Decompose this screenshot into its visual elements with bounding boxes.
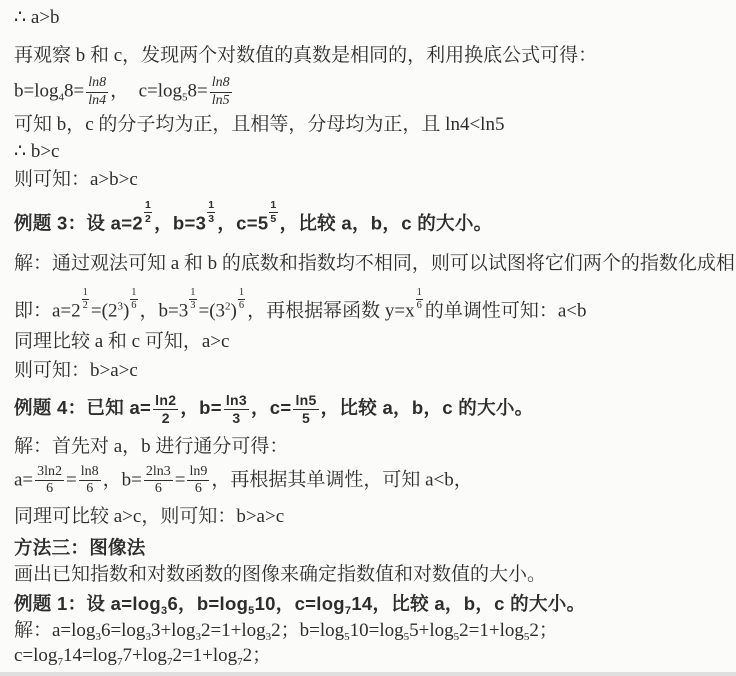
fraction-numerator: 3ln2	[35, 465, 64, 482]
exponent-fraction: 15	[269, 200, 277, 224]
text-run: 2；b=log	[271, 620, 344, 641]
text-run: ∴ a>b	[14, 7, 60, 28]
text-run: 方法三：图像法	[14, 537, 146, 558]
text-run: 画出已知指数和对数函数的图像来确定指数值和对数值的大小。	[14, 564, 546, 585]
conclusion-a-gt-b: ∴ a>b	[14, 6, 728, 30]
conclusion-a-b-c-order: 则可知：a>b>c	[14, 168, 728, 192]
text-run: ， c=log	[110, 81, 182, 102]
paragraph-numerator-positive: 可知 b，c 的分子均为正，且相等，分母均为正，且 ln4<ln5	[14, 113, 728, 137]
text-run: 则可知：a>b>c	[14, 169, 138, 190]
fraction-numerator: ln8	[86, 76, 108, 93]
text-run: ，c=	[251, 397, 292, 418]
fraction: ln22	[153, 393, 178, 425]
text-run: 8=	[188, 81, 208, 102]
text-run: 同理比较 a 和 c 可知，a>c	[14, 331, 229, 352]
fraction-denominator: 6	[35, 481, 64, 497]
fraction: 2ln36	[144, 465, 173, 497]
text-run: 6，b=log	[167, 593, 248, 614]
text-run: ，b=3	[154, 213, 206, 234]
method-3-heading: 方法三：图像法	[14, 535, 728, 561]
fraction-denominator: 2	[82, 300, 89, 312]
text-run: 2；	[243, 645, 272, 666]
fraction-denominator: 3	[207, 213, 215, 225]
conclusion-b-gt-c: ∴ b>c	[14, 140, 728, 164]
text-run: ，b=	[103, 469, 142, 490]
example-4-heading: 例题 4：已知 a=ln22，b=ln33，c=ln55，比较 a，b，c 的大…	[14, 393, 728, 425]
fraction-numerator: ln8	[210, 76, 232, 93]
fraction-numerator: 1	[269, 200, 277, 213]
fraction-denominator: 2	[153, 410, 178, 426]
text-run: 2=1+log	[459, 620, 524, 641]
text-run: 例题 3：设 a=2	[14, 213, 143, 234]
fraction-denominator: 6	[187, 481, 209, 497]
text-run: 8=	[64, 81, 84, 102]
fraction-numerator: 1	[416, 288, 423, 301]
example-1-solution-line-2: c=log714=log77+log72=1+log72；	[14, 644, 728, 668]
fraction-numerator: ln8	[79, 465, 101, 482]
math-document: ∴ a>b再观察 b 和 c，发现两个对数值的真数是相同的，利用换底公式可得：b…	[0, 0, 736, 668]
fraction: ln8ln5	[210, 76, 232, 108]
fraction-numerator: 1	[144, 200, 152, 213]
text-run: 6=log	[101, 620, 146, 641]
document-lines: ∴ a>b再观察 b 和 c，发现两个对数值的真数是相同的，利用换底公式可得：b…	[14, 6, 728, 668]
text-run: 10=log	[350, 620, 404, 641]
fraction-numerator: ln2	[153, 393, 178, 410]
text-run: 2=1+log	[172, 645, 237, 666]
fraction-denominator: ln5	[210, 93, 232, 109]
fraction: ln55	[293, 393, 318, 425]
example-4-solution-intro: 解：首先对 a，b 进行通分可得：	[14, 435, 728, 459]
text-run: a=	[14, 469, 33, 490]
exponent-fraction: 16	[416, 288, 423, 312]
fraction: ln96	[187, 465, 209, 497]
text-run: ，比较 a，b，c 的大小。	[321, 397, 534, 418]
text-run: )	[123, 300, 129, 321]
fraction-numerator: ln9	[187, 465, 209, 482]
example-4-conclusion: 同理可比较 a>c，则可知：b>a>c	[14, 505, 728, 529]
fraction-numerator: 1	[130, 288, 137, 301]
text-run: 10，c=log	[255, 593, 345, 614]
example-3-solution-intro: 解：通过观法可知 a 和 b 的底数和指数均不相同，则可以试图将它们两个的指数化…	[14, 252, 728, 276]
fraction-denominator: 6	[144, 481, 173, 497]
exponent-fraction: 13	[207, 200, 215, 224]
fraction-denominator: 6	[79, 481, 101, 497]
exponent-fraction: 16	[238, 288, 245, 312]
page-bottom-edge	[0, 672, 736, 676]
example-4-formula: a=3ln26=ln86，b=2ln36=ln96，再根据其单调性，可知 a<b…	[14, 465, 728, 497]
text-run: ，b=	[180, 397, 222, 418]
fraction-numerator: 1	[207, 200, 215, 213]
text-run: 解：通过观法可知 a 和 b 的底数和指数均不相同，则可以试图将它们两个的指数化…	[14, 253, 736, 274]
text-run: ，再根据幂函数 y=x	[247, 300, 414, 321]
text-run: 3+log	[151, 620, 196, 641]
text-run: =	[66, 469, 77, 490]
text-run: ∴ b>c	[14, 141, 60, 162]
exponent-fraction: 13	[189, 288, 196, 312]
example-1-solution-line-1: 解：a=log36=log33+log32=1+log32；b=log510=l…	[14, 619, 728, 643]
fraction-numerator: 1	[189, 288, 196, 301]
fraction-numerator: ln5	[293, 393, 318, 410]
fraction-denominator: 5	[269, 213, 277, 225]
text-run: 7+log	[122, 645, 167, 666]
text-run: 可知 b，c 的分子均为正，且相等，分母均为正，且 ln4<ln5	[14, 114, 504, 135]
text-run: 解：a=log	[14, 620, 95, 641]
fraction: ln86	[79, 465, 101, 497]
text-run: =(3	[199, 300, 226, 321]
text-run: 2=1+log	[201, 620, 266, 641]
text-run: b=log	[14, 81, 59, 102]
text-run: ，c=5	[217, 213, 268, 234]
text-run: 再观察 b 和 c，发现两个对数值的真数是相同的，利用换底公式可得：	[14, 45, 597, 66]
fraction: ln33	[224, 393, 249, 425]
fraction: 3ln26	[35, 465, 64, 497]
fraction-numerator: ln3	[224, 393, 249, 410]
text-run: c=log	[14, 645, 57, 666]
fraction: ln8ln4	[86, 76, 108, 108]
text-run: ，b=3	[140, 300, 189, 321]
text-run: 14=log	[63, 645, 117, 666]
example-3-formula: 即：a=212=(23)16，b=313=(32)16，再根据幂函数 y=x16…	[14, 288, 728, 324]
exponent-fraction: 12	[82, 288, 89, 312]
exponent-fraction: 16	[130, 288, 137, 312]
fraction-denominator: ln4	[86, 93, 108, 109]
fraction-denominator: 5	[293, 410, 318, 426]
exponent-fraction: 12	[144, 200, 152, 224]
text-run: =(2	[91, 300, 118, 321]
paragraph-observe-b-c: 再观察 b 和 c，发现两个对数值的真数是相同的，利用换底公式可得：	[14, 44, 728, 68]
text-run: )	[231, 300, 237, 321]
text-run: 14，比较 a，b，c 的大小。	[351, 593, 585, 614]
example-1-heading: 例题 1：设 a=log36，b=log510，c=log714，比较 a，b，…	[14, 591, 728, 617]
fraction-denominator: 3	[189, 300, 196, 312]
text-run: ，再根据其单调性，可知 a<b，	[211, 469, 472, 490]
text-run: 2；	[529, 620, 558, 641]
text-run: 例题 1：设 a=log	[14, 593, 161, 614]
fraction-numerator: 1	[82, 288, 89, 301]
fraction-numerator: 2ln3	[144, 465, 173, 482]
text-run: 解：首先对 a，b 进行通分可得：	[14, 436, 288, 457]
text-run: 例题 4：已知 a=	[14, 397, 151, 418]
fraction-numerator: 1	[238, 288, 245, 301]
fraction-denominator: 6	[130, 300, 137, 312]
text-run: 则可知：b>a>c	[14, 360, 138, 381]
fraction-denominator: 2	[144, 213, 152, 225]
fraction-denominator: 6	[416, 300, 423, 312]
text-run: 即：a=2	[14, 300, 81, 321]
example-3-conclusion: 则可知：b>a>c	[14, 359, 728, 383]
method-3-description: 画出已知指数和对数函数的图像来确定指数值和对数值的大小。	[14, 563, 728, 587]
text-run: 同理可比较 a>c，则可知：b>a>c	[14, 506, 284, 527]
text-run: ，比较 a，b，c 的大小。	[280, 213, 493, 234]
formula-change-of-base: b=log48=ln8ln4， c=log58=ln8ln5	[14, 76, 728, 108]
text-run: 的单调性可知：a<b	[425, 300, 587, 321]
fraction-denominator: 6	[238, 300, 245, 312]
text-run: 5+log	[409, 620, 454, 641]
example-3-heading: 例题 3：设 a=212，b=313，c=515，比较 a，b，c 的大小。	[14, 200, 728, 237]
fraction-denominator: 3	[224, 410, 249, 426]
example-3-compare-a-c: 同理比较 a 和 c 可知，a>c	[14, 330, 728, 354]
text-run: =	[175, 469, 186, 490]
